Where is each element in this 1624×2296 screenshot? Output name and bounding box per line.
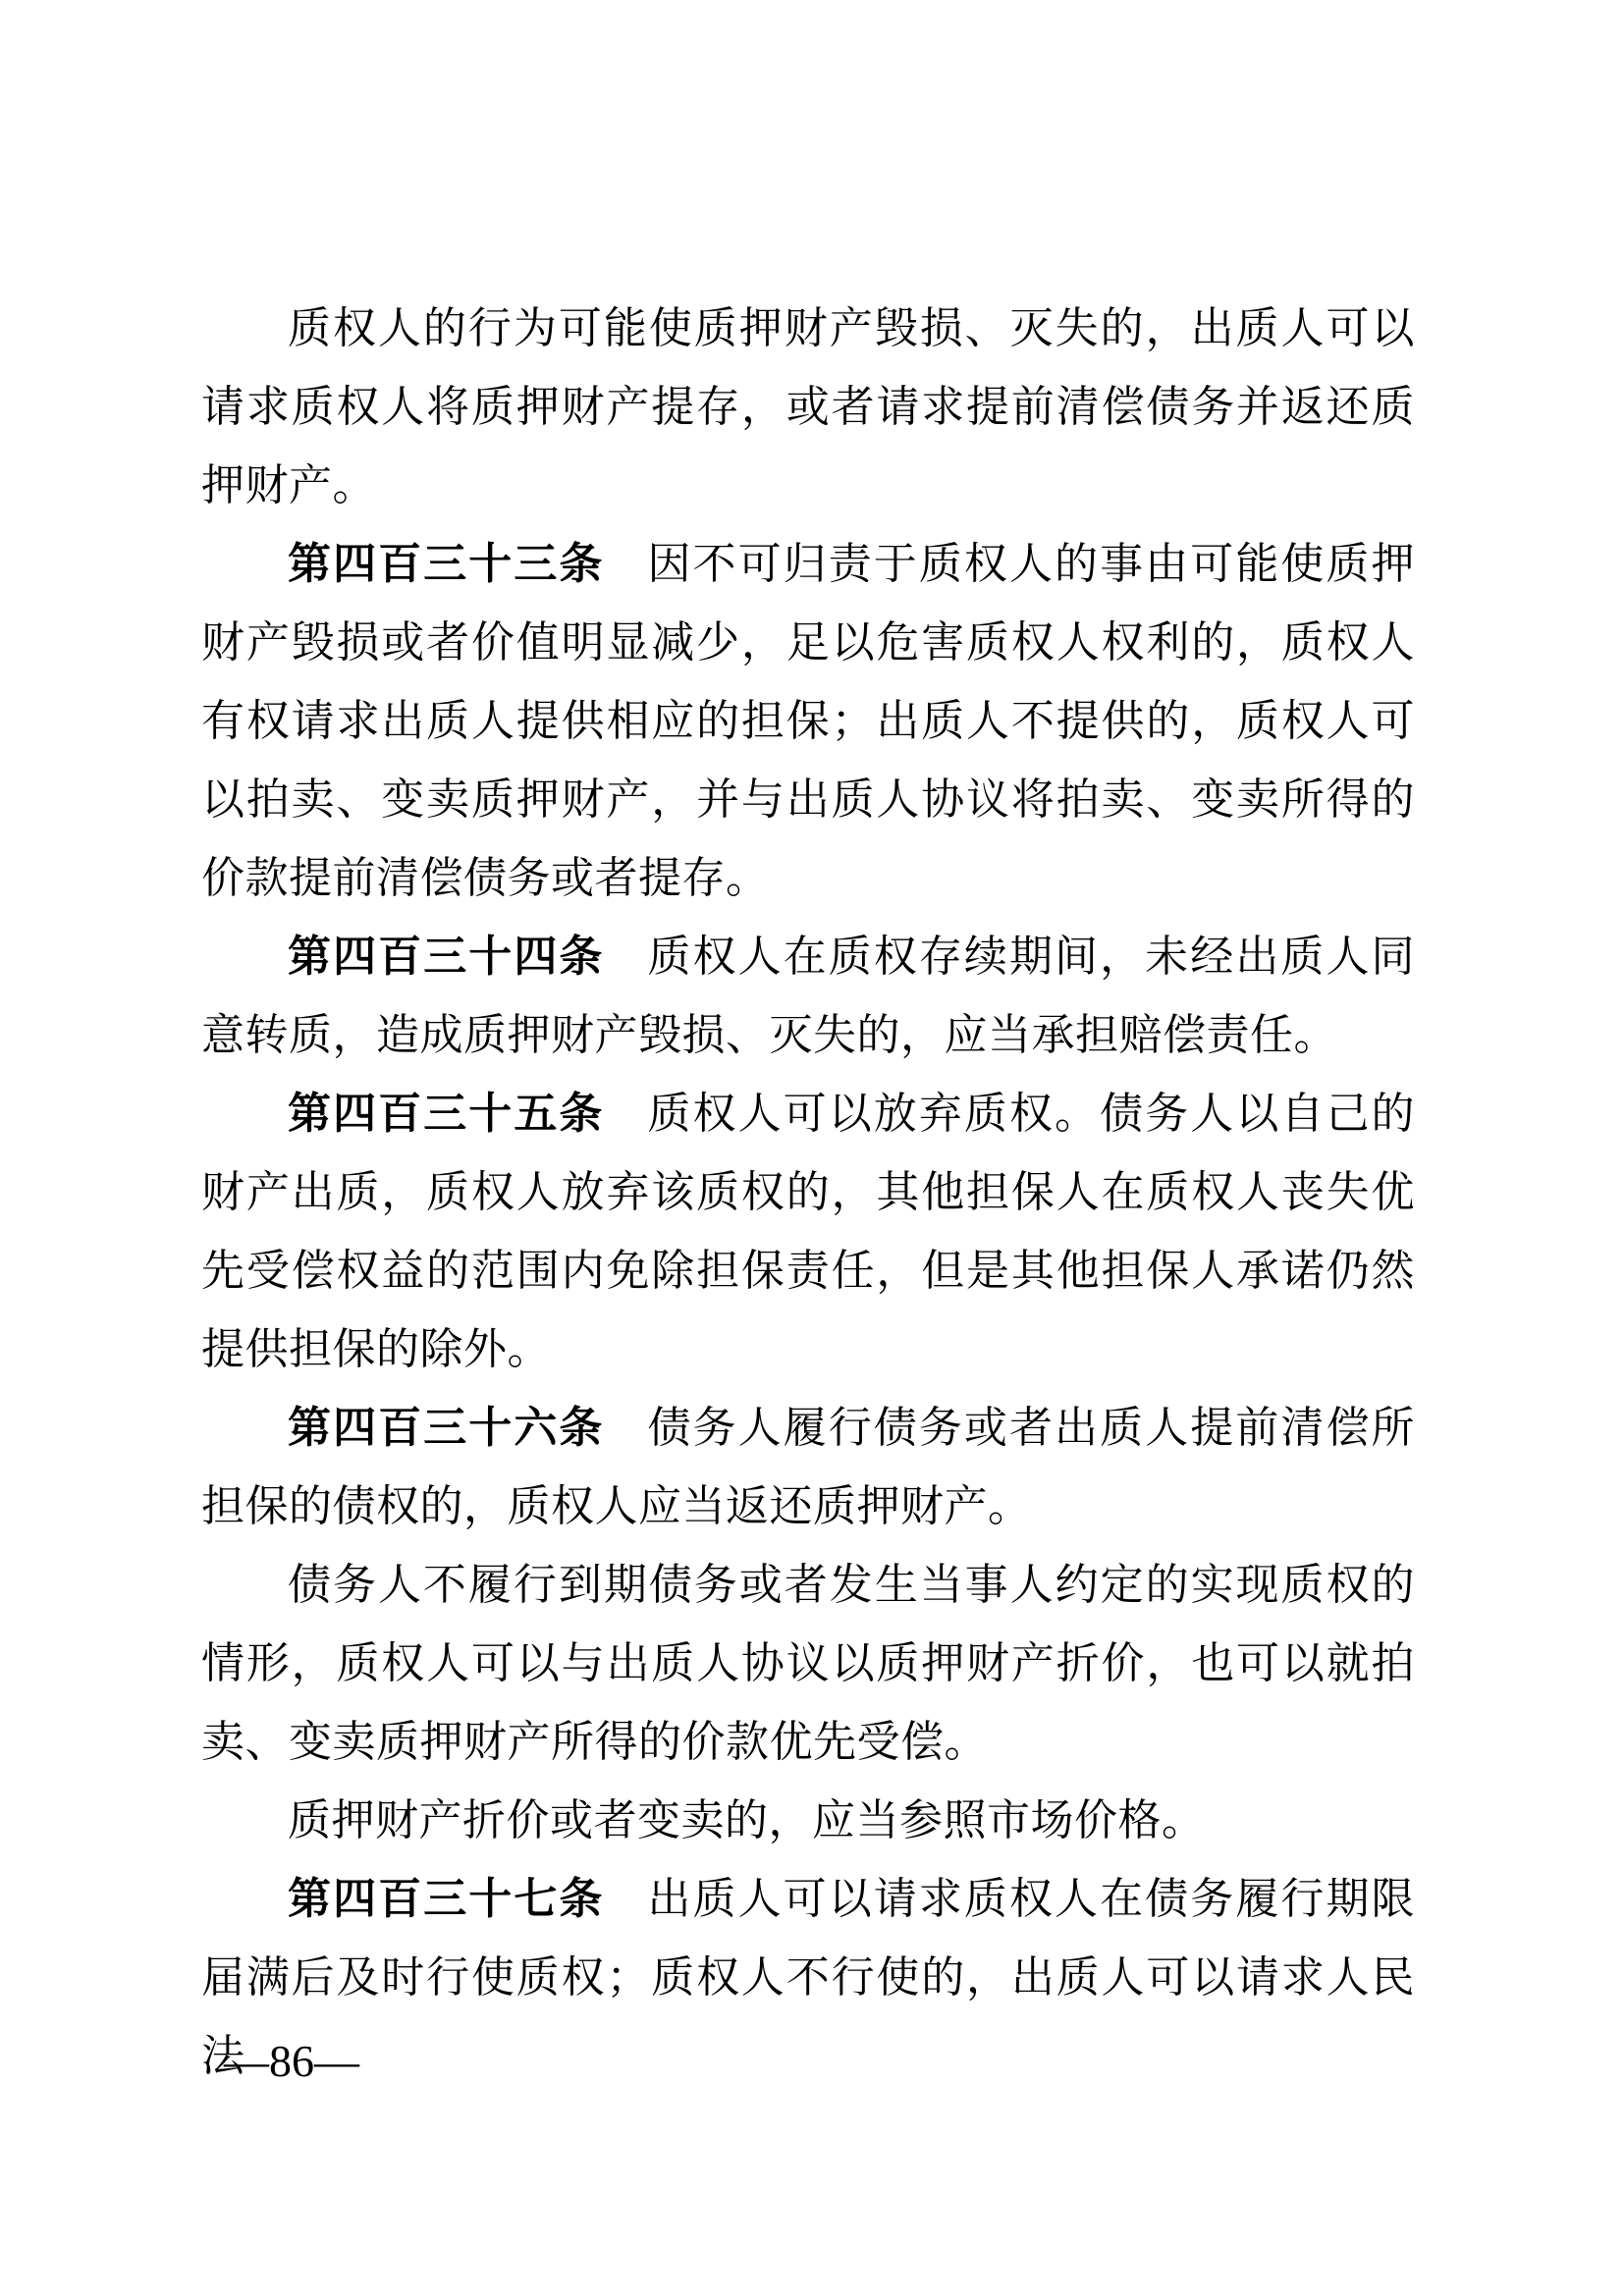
article-number: 第四百三十五条 bbox=[288, 1090, 604, 1138]
paragraph-text: 质权人的行为可能使质押财产毁损、灭失的，出质人可以请求质权人将质押财产提存，或者… bbox=[201, 304, 1415, 509]
article-number: 第四百三十三条 bbox=[288, 540, 604, 588]
paragraph: 第四百三十四条质权人在质权存续期间，未经出质人同意转质，造成质押财产毁损、灭失的… bbox=[201, 918, 1415, 1075]
document-page: 质权人的行为可能使质押财产毁损、灭失的，出质人可以请求质权人将质押财产提存，或者… bbox=[0, 0, 1624, 2296]
paragraph: 第四百三十三条因不可归责于质权人的事由可能使质押财产毁损或者价值明显减少，足以危… bbox=[201, 525, 1415, 918]
paragraph-text: 质押财产折价或者变卖的，应当参照市场价格。 bbox=[288, 1796, 1206, 1844]
paragraph: 第四百三十六条债务人履行债务或者出质人提前清偿所担保的债权的，质权人应当返还质押… bbox=[201, 1389, 1415, 1546]
paragraph: 质押财产折价或者变卖的，应当参照市场价格。 bbox=[201, 1782, 1415, 1860]
text-block: 质权人的行为可能使质押财产毁损、灭失的，出质人可以请求质权人将质押财产提存，或者… bbox=[201, 290, 1415, 2096]
page-number: —86— bbox=[224, 2034, 359, 2089]
paragraph: 质权人的行为可能使质押财产毁损、灭失的，出质人可以请求质权人将质押财产提存，或者… bbox=[201, 290, 1415, 525]
paragraph: 债务人不履行到期债务或者发生当事人约定的实现质权的情形，质权人可以与出质人协议以… bbox=[201, 1546, 1415, 1782]
article-number: 第四百三十四条 bbox=[288, 933, 604, 981]
article-number: 第四百三十七条 bbox=[288, 1875, 604, 1923]
article-number: 第四百三十六条 bbox=[288, 1404, 604, 1452]
paragraph: 第四百三十五条质权人可以放弃质权。债务人以自己的财产出质，质权人放弃该质权的，其… bbox=[201, 1075, 1415, 1389]
paragraph-text: 债务人不履行到期债务或者发生当事人约定的实现质权的情形，质权人可以与出质人协议以… bbox=[201, 1561, 1415, 1766]
paragraph: 第四百三十七条出质人可以请求质权人在债务履行期限届满后及时行使质权；质权人不行使… bbox=[201, 1860, 1415, 2096]
paragraph-text: 因不可归责于质权人的事由可能使质押财产毁损或者价值明显减少，足以危害质权人权利的… bbox=[201, 540, 1415, 902]
